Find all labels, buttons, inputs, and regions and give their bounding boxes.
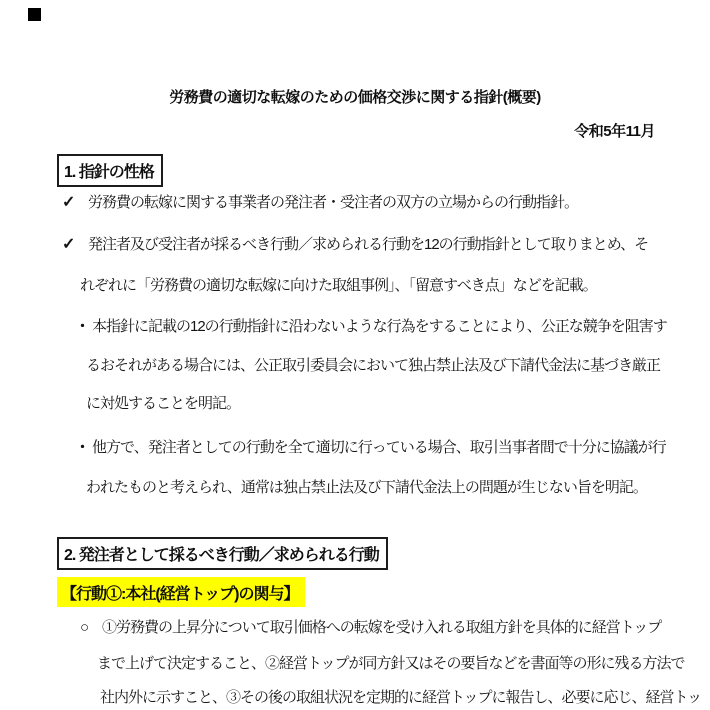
checkmark-icon: ✓ — [62, 235, 75, 255]
line-text: まで上げて決定すること、②経営トップが同方針又はその要旨などを書面等の形に残る方… — [97, 655, 685, 672]
document-page: 労務費の適切な転嫁のための価格交渉に関する指針(概要) 令和5年11月 1. 指… — [0, 0, 710, 710]
line-text: 労務費の転嫁に関する事業者の発注者・受注者の双方の立場からの行動指針。 — [88, 194, 578, 211]
line-text: れぞれに「労務費の適切な転嫁に向けた取組事例」、「留意すべき点」などを記載。 — [80, 277, 597, 294]
section1-check-item-continuation: れぞれに「労務費の適切な転嫁に向けた取組事例」、「留意すべき点」などを記載。 — [80, 276, 597, 296]
bullet-icon: ・ — [75, 438, 90, 458]
action1-label: 【行動①:本社(経営トップ)の関与】 — [57, 577, 305, 607]
section1-check-item: ✓ 発注者及び受注者が採るべき行動／求められる行動を12の行動指針として取りまと… — [88, 235, 648, 255]
section1-bullet-item-continuation: るおそれがある場合には、公正取引委員会において独占禁止法及び下請代金法に基づき厳… — [86, 356, 660, 376]
line-text: 発注者及び受注者が採るべき行動／求められる行動を12の行動指針として取りまとめ、… — [88, 236, 648, 253]
section1-check-item: ✓ 労務費の転嫁に関する事業者の発注者・受注者の双方の立場からの行動指針。 — [88, 193, 578, 213]
circle-marker-icon: ○ — [80, 618, 89, 638]
page-title: 労務費の適切な転嫁のための価格交渉に関する指針(概要) — [0, 86, 710, 107]
checkmark-icon: ✓ — [62, 193, 75, 213]
line-text: われたものと考えられ、通常は独占禁止法及び下請代金法上の問題が生じない旨を明記。 — [86, 479, 647, 496]
issue-date: 令和5年11月 — [574, 120, 655, 141]
section2-circle-item-continuation: 社内外に示すこと、③その後の取組状況を定期的に経営トップに報告し、必要に応じ、経… — [100, 688, 701, 708]
line-text: るおそれがある場合には、公正取引委員会において独占禁止法及び下請代金法に基づき厳… — [86, 357, 660, 374]
section2-heading: 2. 発注者として採るべき行動／求められる行動 — [57, 537, 388, 570]
section2-circle-item-continuation: まで上げて決定すること、②経営トップが同方針又はその要旨などを書面等の形に残る方… — [97, 654, 685, 674]
section1-bullet-item-continuation: われたものと考えられ、通常は独占禁止法及び下請代金法上の問題が生じない旨を明記。 — [86, 478, 647, 498]
section1-bullet-item: ・ 他方で、発注者としての行動を全て適切に行っている場合、取引当事者間で十分に協… — [92, 438, 666, 458]
line-text: 本指針に記載の12の行動指針に沿わないような行為をすることにより、公正な競争を阻… — [92, 318, 667, 335]
line-text: 他方で、発注者としての行動を全て適切に行っている場合、取引当事者間で十分に協議が… — [92, 439, 666, 456]
line-text: に対処することを明記。 — [86, 395, 240, 412]
line-text: ①労務費の上昇分について取引価格への転嫁を受け入れる取組方針を具体的に経営トップ — [102, 619, 661, 636]
section2-circle-item: ○ ①労務費の上昇分について取引価格への転嫁を受け入れる取組方針を具体的に経営ト… — [102, 618, 661, 638]
section1-bullet-item: ・ 本指針に記載の12の行動指針に沿わないような行為をすることにより、公正な競争… — [92, 317, 667, 337]
section1-heading: 1. 指針の性格 — [57, 154, 163, 187]
line-text: 社内外に示すこと、③その後の取組状況を定期的に経営トップに報告し、必要に応じ、経… — [100, 689, 701, 706]
bullet-icon: ・ — [75, 317, 90, 337]
scan-artifact-square — [28, 8, 41, 21]
section1-bullet-item-continuation: に対処することを明記。 — [86, 394, 240, 414]
